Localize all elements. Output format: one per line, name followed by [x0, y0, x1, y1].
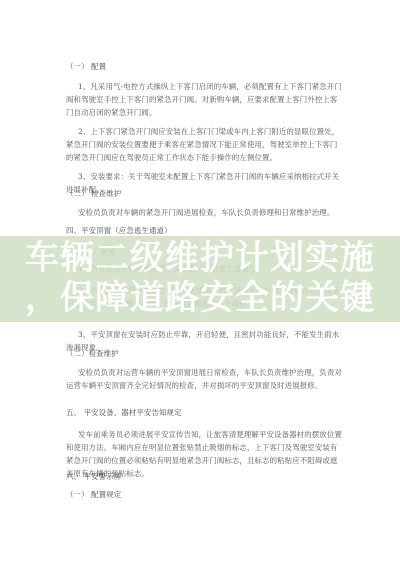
- section-heading-config: （一） 配置: [66, 60, 342, 73]
- banner-title-line-2: ，保障道路安全的关键: [0, 278, 400, 318]
- paragraph: 1、凡采用气-电控方式操纵上下客门启闭的车辆，必须配置有上下客门紧急开门阀和驾驶…: [66, 80, 342, 119]
- banner-title-line-1: 车辆二级维护计划实施: [0, 238, 400, 278]
- section-heading-config-rules: （一） 配置规定: [66, 488, 342, 501]
- section-heading-inspection-2: （二）检查维护: [66, 347, 342, 360]
- paragraph: 安检员负责对车辆的紧急开门阀进展检查，车队长负责修理和日常维护治理。: [66, 206, 342, 219]
- section-heading-safety-equipment: 五、 平安设备、器材平安告知规定: [66, 406, 342, 419]
- paragraph: 2、上下客门紧急开门阀应安装在上客门门梁或车内上客门附近的显眼位置处，紧急开门阀…: [66, 125, 342, 164]
- section-heading-inspection: （二） 检查维护: [66, 187, 342, 200]
- section-heading-warning-sign: 六、 平安警示牌: [66, 470, 342, 483]
- title-banner: 车辆二级维护计划实施 ，保障道路安全的关键: [0, 236, 400, 322]
- paragraph: 安检员负责对运营车辆的平安顶窗进展日常检查，车队长负责维护治理，负责对运营车辆平…: [66, 366, 342, 392]
